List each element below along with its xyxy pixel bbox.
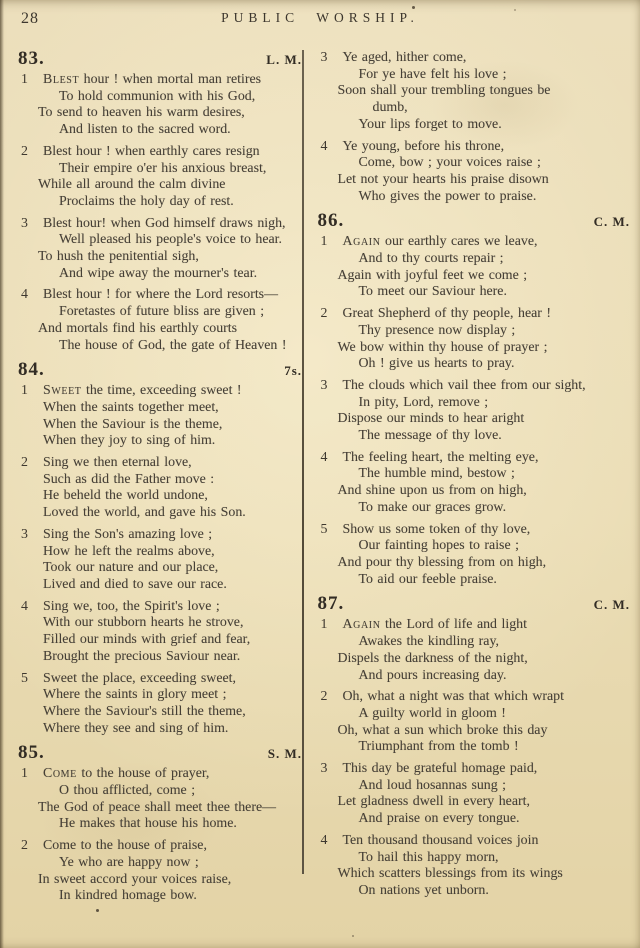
verse: 3Ye aged, hither come,For ye have felt h… (318, 50, 631, 134)
hymn-number: 84. (18, 359, 45, 381)
verse: 2Oh, what a night was that which wraptA … (318, 689, 631, 756)
verse-number: 1 (321, 234, 328, 251)
text-columns: 83.L. M.1Blest hour ! when mortal man re… (0, 46, 640, 910)
verse-line: And listen to the sacred word. (59, 122, 302, 139)
verse-number: 4 (321, 833, 328, 850)
leading-small-caps: Again (343, 617, 381, 632)
verse-number: 2 (321, 306, 328, 323)
verse-line: The feeling heart, the melting eye, (343, 450, 631, 467)
verse-number: 3 (21, 527, 28, 544)
verse-line: To send to heaven his warm desires, (38, 105, 302, 122)
verse-line: And loud hosannas sung ; (359, 778, 631, 795)
verse: 1Sweet the time, exceeding sweet !When t… (18, 383, 302, 450)
verse-line: Again our earthly cares we leave, (343, 234, 631, 251)
verse-line: On nations yet unborn. (359, 883, 631, 900)
verse-line: Thy presence now display ; (359, 323, 631, 340)
verse-line: In pity, Lord, remove ; (359, 395, 631, 412)
verse-number: 5 (21, 671, 28, 688)
verse: 5Show us some token of thy love,Our fain… (318, 522, 631, 589)
verse: 3Sing the Son's amazing love ;How he lef… (18, 527, 302, 594)
verse-line: Soon shall your trembling tongues be (338, 83, 631, 100)
verse-line: When the saints together meet, (43, 400, 302, 417)
hymn-meter-label: C. M. (594, 214, 630, 230)
hymn-meter-label: 7s. (284, 363, 302, 379)
verse-number: 3 (321, 378, 328, 395)
verse-line: Our fainting hopes to raise ; (359, 538, 631, 555)
verse-line: To make our graces grow. (359, 500, 631, 517)
hymn-number: 83. (18, 48, 45, 70)
page-header: 28 PUBLIC WORSHIP. (0, 0, 640, 42)
verse-line: Oh ! give us hearts to pray. (359, 356, 631, 373)
verse-line: This day be grateful homage paid, (343, 761, 631, 778)
hymn-number: 86. (318, 210, 345, 232)
verse-line: With our stubborn hearts he strove, (43, 615, 302, 632)
verse-line: Ten thousand thousand voices join (343, 833, 631, 850)
verse-line: Again with joyful feet we come ; (338, 268, 631, 285)
verse: 5Sweet the place, exceeding sweet,Where … (18, 671, 302, 738)
verse-line: Blest hour! when God himself draws nigh, (43, 216, 302, 233)
verse-line: For ye have felt his love ; (359, 67, 631, 84)
verse-line: When the Saviour is the theme, (43, 417, 302, 434)
verse: 1Again our earthly cares we leave,And to… (318, 234, 631, 301)
verse-line: Dispels the darkness of the night, (338, 651, 631, 668)
verse-line: Great Shepherd of thy people, hear ! (343, 306, 631, 323)
verse-line: Oh, what a night was that which wrapt (343, 689, 631, 706)
verse-line: Ye who are happy now ; (59, 855, 302, 872)
verse-number: 5 (321, 522, 328, 539)
leading-small-caps: Sweet (43, 383, 82, 398)
verse-line: The humble mind, bestow ; (359, 466, 631, 483)
verse-line: Lived and died to save our race. (43, 577, 302, 594)
verse-line: And wipe away the mourner's tear. (59, 266, 302, 283)
verse-line: In kindred homage bow. (59, 888, 302, 905)
verse-line: Let gladness dwell in every heart, (338, 794, 631, 811)
verse: 1Again the Lord of life and lightAwakes … (318, 617, 631, 684)
verse-line: Come, bow ; your voices raise ; (359, 155, 631, 172)
verse-line: How he left the realms above, (43, 544, 302, 561)
verse-number: 2 (21, 144, 28, 161)
verse-line: Where they see and sing of him. (43, 721, 302, 738)
hymn-heading: 83.L. M. (18, 48, 302, 70)
verse: 3Blest hour! when God himself draws nigh… (18, 216, 302, 283)
leading-small-caps: Come (43, 766, 77, 781)
verse-line: Proclaims the holy day of rest. (59, 194, 302, 211)
verse-line: Ye aged, hither come, (343, 50, 631, 67)
verse-line: And mortals find his earthly courts (38, 321, 302, 338)
verse: 3This day be grateful homage paid,And lo… (318, 761, 631, 828)
verse-number: 1 (21, 383, 28, 400)
verse-line: To hush the penitential sigh, (38, 249, 302, 266)
hymn-number: 87. (318, 593, 345, 615)
verse-line: Where the Saviour's still the theme, (43, 704, 302, 721)
verse-line: He makes that house his home. (59, 816, 302, 833)
verse-number: 4 (321, 450, 328, 467)
hymnal-page: 28 PUBLIC WORSHIP. 83.L. M.1Blest hour !… (0, 0, 640, 948)
verse-line: Brought the precious Saviour near. (43, 649, 302, 666)
verse: 4Blest hour ! for where the Lord resorts… (18, 287, 302, 354)
hymn-heading: 87.C. M. (318, 593, 631, 615)
verse-line: Dispose our minds to hear aright (338, 411, 631, 428)
verse-line: Which scatters blessings from its wings (338, 866, 631, 883)
leading-small-caps: Blest (43, 72, 79, 87)
verse-line: Sweet the place, exceeding sweet, (43, 671, 302, 688)
verse-line: Ye young, before his throne, (343, 139, 631, 156)
verse-line: Let not your hearts his praise disown (338, 172, 631, 189)
verse-number: 3 (321, 761, 328, 778)
verse-line: Sing we, too, the Spirit's love ; (43, 599, 302, 616)
verse-number: 3 (321, 50, 328, 67)
hymn-meter-label: S. M. (268, 746, 302, 762)
verse-line: Loved the world, and gave his Son. (43, 505, 302, 522)
verse-line: dumb, (373, 100, 631, 117)
verse: 4Sing we, too, the Spirit's love ;With o… (18, 599, 302, 666)
verse: 4The feeling heart, the melting eye,The … (318, 450, 631, 517)
verse-line: Their empire o'er his anxious breast, (59, 161, 302, 178)
verse-line: Come to the house of prayer, (43, 766, 302, 783)
verse-number: 4 (21, 599, 28, 616)
verse-line: We bow within thy house of prayer ; (338, 340, 631, 357)
verse-number: 4 (21, 287, 28, 304)
verse-number: 1 (21, 72, 28, 89)
verse-number: 1 (21, 766, 28, 783)
page-title: PUBLIC WORSHIP. (0, 10, 640, 26)
right-column: 3Ye aged, hither come,For ye have felt h… (304, 46, 640, 910)
verse-line: To meet our Saviour here. (359, 284, 631, 301)
verse-line: Filled our minds with grief and fear, (43, 632, 302, 649)
leading-small-caps: Again (343, 234, 381, 249)
verse-number: 2 (321, 689, 328, 706)
verse-line: Sing we then eternal love, (43, 455, 302, 472)
verse-line: Again the Lord of life and light (343, 617, 631, 634)
verse: 2Blest hour ! when earthly cares resignT… (18, 144, 302, 211)
verse: 2Come to the house of praise,Ye who are … (18, 838, 302, 905)
verse-line: Blest hour ! when mortal man retires (43, 72, 302, 89)
ink-dot (96, 909, 99, 912)
verse-line: The house of God, the gate of Heaven ! (59, 338, 302, 355)
verse-line: The message of thy love. (359, 428, 631, 445)
verse-line: When they joy to sing of him. (43, 433, 302, 450)
verse-line: To aid our feeble praise. (359, 572, 631, 589)
verse-line: Sing the Son's amazing love ; (43, 527, 302, 544)
verse-line: To hail this happy morn, (359, 850, 631, 867)
page-number: 28 (21, 10, 39, 28)
verse-line: Such as did the Father move : (43, 472, 302, 489)
verse-line: And shine upon us from on high, (338, 483, 631, 500)
verse: 4Ten thousand thousand voices joinTo hai… (318, 833, 631, 900)
verse-line: Blest hour ! when earthly cares resign (43, 144, 302, 161)
verse-line: Took our nature and our place, (43, 560, 302, 577)
verse-line: Who gives the power to praise. (359, 189, 631, 206)
verse-number: 4 (321, 139, 328, 156)
verse-line: The clouds which vail thee from our sigh… (343, 378, 631, 395)
hymn-heading: 85.S. M. (18, 742, 302, 764)
verse-number: 1 (321, 617, 328, 634)
verse-line: Foretastes of future bliss are given ; (59, 304, 302, 321)
verse-number: 2 (21, 455, 28, 472)
verse-line: Oh, what a sun which broke this day (338, 723, 631, 740)
verse: 1Blest hour ! when mortal man retiresTo … (18, 72, 302, 139)
hymn-heading: 84.7s. (18, 359, 302, 381)
verse-line: Where the saints in glory meet ; (43, 687, 302, 704)
left-column: 83.L. M.1Blest hour ! when mortal man re… (0, 46, 302, 910)
verse-line: Awakes the kindling ray, (359, 634, 631, 651)
verse-line: He beheld the world undone, (43, 488, 302, 505)
verse-line: Triumphant from the tomb ! (359, 739, 631, 756)
verse-line: Blest hour ! for where the Lord resorts— (43, 287, 302, 304)
verse-line: O thou afflicted, come ; (59, 783, 302, 800)
verse-line: To hold communion with his God, (59, 89, 302, 106)
verse-number: 3 (21, 216, 28, 233)
verse-line: And to thy courts repair ; (359, 251, 631, 268)
verse-line: A guilty world in gloom ! (359, 706, 631, 723)
verse-line: While all around the calm divine (38, 177, 302, 194)
verse-line: Come to the house of praise, (43, 838, 302, 855)
ink-dot (352, 935, 354, 937)
verse-line: And pour thy blessing from on high, (338, 555, 631, 572)
hymn-meter-label: L. M. (266, 52, 302, 68)
verse-line: And pours increasing day. (359, 668, 631, 685)
verse-line: Sweet the time, exceeding sweet ! (43, 383, 302, 400)
verse: 1Come to the house of prayer,O thou affl… (18, 766, 302, 833)
hymn-number: 85. (18, 742, 45, 764)
verse: 2Great Shepherd of thy people, hear !Thy… (318, 306, 631, 373)
hymn-heading: 86.C. M. (318, 210, 631, 232)
hymn-meter-label: C. M. (594, 597, 630, 613)
verse-line: Your lips forget to move. (359, 117, 631, 134)
verse-line: And praise on every tongue. (359, 811, 631, 828)
verse-line: The God of peace shall meet thee there— (38, 800, 302, 817)
verse-number: 2 (21, 838, 28, 855)
verse-line: In sweet accord your voices raise, (38, 872, 302, 889)
verse-line: Show us some token of thy love, (343, 522, 631, 539)
verse: 3The clouds which vail thee from our sig… (318, 378, 631, 445)
verse-line: Well pleased his people's voice to hear. (59, 232, 302, 249)
verse: 4Ye young, before his throne,Come, bow ;… (318, 139, 631, 206)
verse: 2Sing we then eternal love,Such as did t… (18, 455, 302, 522)
